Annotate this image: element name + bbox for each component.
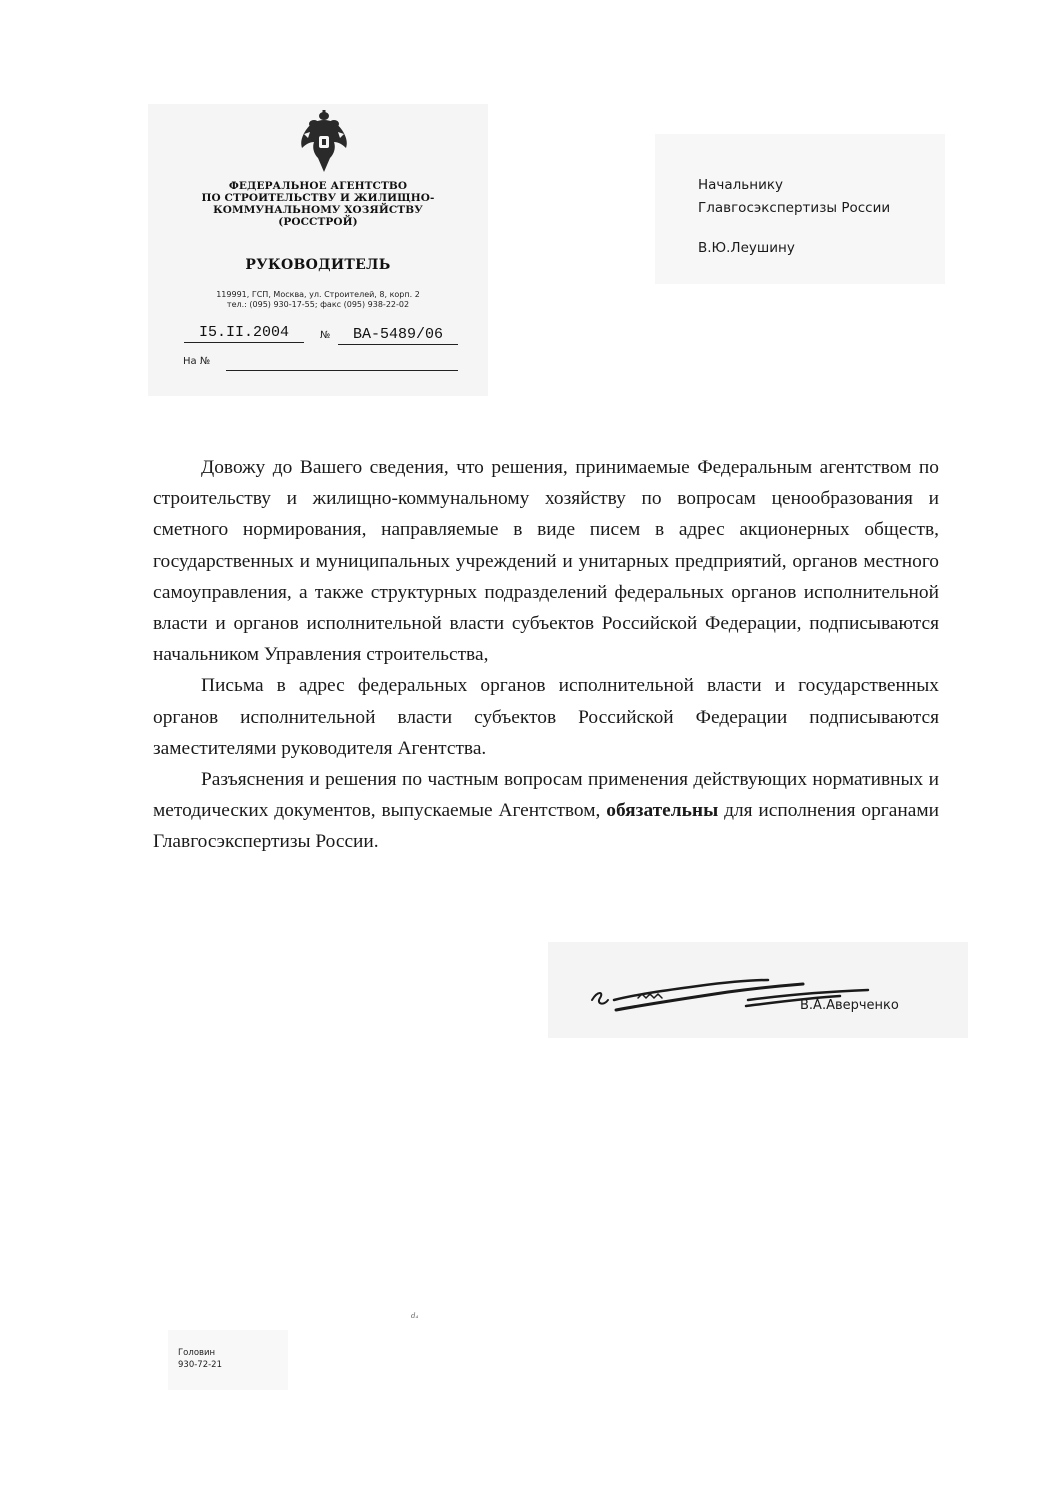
address-line: 119991, ГСП, Москва, ул. Строителей, 8, … xyxy=(148,290,488,300)
agency-line: (РОССТРОЙ) xyxy=(148,216,488,228)
letter-number: ВА-5489/06 xyxy=(338,326,458,345)
reference-label: На № xyxy=(183,356,210,367)
number-label: № xyxy=(320,330,330,341)
executor-phone: 930-72-21 xyxy=(178,1360,222,1370)
executor-name: Головин xyxy=(178,1348,215,1358)
letter-body: Довожу до Вашего сведения, что решения, … xyxy=(153,452,939,858)
addressee-organization: Главгосэкспертизы России xyxy=(698,200,890,216)
phone-fax-line: тел.: (095) 930-17-55; факс (095) 938-22… xyxy=(148,300,488,310)
agency-line: КОММУНАЛЬНОМУ ХОЗЯЙСТВУ xyxy=(148,204,488,216)
paragraph-3: Разъяснения и решения по частным вопроса… xyxy=(153,764,939,858)
letter-date: I5.II.2004 xyxy=(184,324,304,343)
executor-block: Головин 930-72-21 xyxy=(168,1330,288,1390)
addressee-block: Начальнику Главгосэкспертизы России В.Ю.… xyxy=(655,134,945,284)
agency-line: ПО СТРОИТЕЛЬСТВУ И ЖИЛИЩНО- xyxy=(148,192,488,204)
letterhead: ФЕДЕРАЛЬНОЕ АГЕНТСТВО ПО СТРОИТЕЛЬСТВУ И… xyxy=(148,104,488,396)
coat-of-arms-icon xyxy=(298,110,350,174)
stray-scan-mark: d₄ xyxy=(411,1312,418,1320)
addressee-name: В.Ю.Леушину xyxy=(698,240,795,256)
paragraph-1: Довожу до Вашего сведения, что решения, … xyxy=(153,452,939,670)
paragraph-2: Письма в адрес федеральных органов испол… xyxy=(153,670,939,764)
reference-blank-line xyxy=(226,370,458,371)
sender-address: 119991, ГСП, Москва, ул. Строителей, 8, … xyxy=(148,290,488,310)
sender-role: РУКОВОДИТЕЛЬ xyxy=(148,257,488,273)
signer-name: В.А.Аверченко xyxy=(800,998,899,1013)
agency-line: ФЕДЕРАЛЬНОЕ АГЕНТСТВО xyxy=(148,180,488,192)
addressee-title: Начальнику xyxy=(698,177,783,193)
agency-name: ФЕДЕРАЛЬНОЕ АГЕНТСТВО ПО СТРОИТЕЛЬСТВУ И… xyxy=(148,180,488,228)
emphasis-mandatory: обязательны xyxy=(606,800,718,821)
signature-block: В.А.Аверченко xyxy=(548,942,968,1038)
